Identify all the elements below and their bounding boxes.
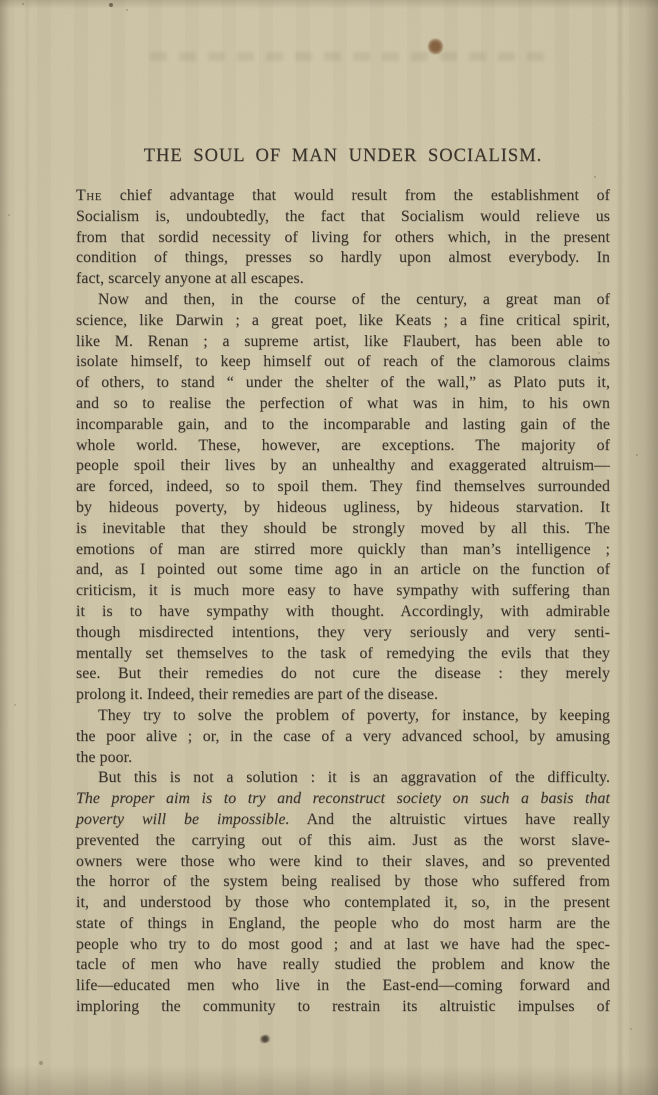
text-line: They try to solve the problem of poverty…	[76, 706, 610, 727]
text-segment: But this is not a solution : it is an ag…	[98, 769, 610, 786]
text-line: are forced, indeed, so to spoil them. Th…	[76, 477, 610, 498]
ink-smudge	[258, 1034, 272, 1045]
text-segment: from that sordid necessity of living for…	[76, 229, 610, 246]
text-segment: imploring the community to restrain its …	[76, 998, 610, 1015]
text-line: mentally set themselves to the task of r…	[76, 644, 610, 665]
text-segment: is inevitable that they should be strong…	[76, 520, 610, 537]
text-line: Now and then, in the course of the centu…	[76, 290, 610, 311]
text-line: The proper aim is to try and reconstruct…	[76, 789, 610, 810]
text-line: criticism, it is much more easy to have …	[76, 581, 610, 602]
text-line: Socialism is, undoubtedly, the fact that…	[76, 207, 610, 228]
text-segment: Socialism is, undoubtedly, the fact that…	[76, 208, 610, 225]
text-segment: Now and then, in the course of the centu…	[98, 291, 610, 308]
bleed-through-text	[150, 52, 550, 61]
text-segment: life—educated men who live in the East-e…	[76, 977, 610, 994]
text-segment: emotions of man are stirred more quickly…	[76, 541, 610, 558]
text-line: life—educated men who live in the East-e…	[76, 976, 610, 997]
text-segment: owners were those who were kind to their…	[76, 853, 610, 870]
text-segment: isolate himself, to keep himself out of …	[76, 353, 610, 370]
text-line: poverty will be impossible. And the altr…	[76, 810, 610, 831]
smallcaps-text: The	[76, 187, 102, 204]
text-line: tacle of men who have really studied the…	[76, 955, 610, 976]
text-line: incomparable gain, and to the incomparab…	[76, 415, 610, 436]
text-line: from that sordid necessity of living for…	[76, 228, 610, 249]
paper-crease	[616, 0, 624, 1095]
text-segment: mentally set themselves to the task of r…	[76, 645, 610, 662]
text-segment: whole world. These, however, are excepti…	[76, 437, 610, 454]
text-segment: criticism, it is much more easy to have …	[76, 582, 610, 599]
paper-speck	[0, 0, 2, 2]
text-line: like M. Renan ; a supreme artist, like F…	[76, 332, 610, 353]
text-segment: They try to solve the problem of poverty…	[98, 707, 610, 724]
text-segment: of others, to stand “ under the shelter …	[76, 374, 610, 391]
text-segment: people spoil their lives by an unhealthy…	[76, 457, 610, 474]
text-segment: by hideous poverty, by hideous ugliness,…	[76, 499, 610, 516]
text-segment: And the altruistic virtues have really	[290, 811, 610, 828]
paragraph: They try to solve the problem of poverty…	[76, 706, 610, 768]
text-segment: tacle of men who have really studied the…	[76, 956, 610, 973]
text-segment: condition of things, presses so hardly u…	[76, 249, 610, 266]
text-segment: science, like Darwin ; a great poet, lik…	[76, 312, 610, 329]
text-line: by hideous poverty, by hideous ugliness,…	[76, 498, 610, 519]
text-segment: like M. Renan ; a supreme artist, like F…	[76, 333, 610, 350]
text-line: it, and understood by those who contempl…	[76, 893, 610, 914]
text-line: people who try to do most good ; and at …	[76, 935, 610, 956]
text-line: people spoil their lives by an unhealthy…	[76, 456, 610, 477]
text-segment: the horror of the system being realised …	[76, 873, 610, 890]
text-segment: it, and understood by those who contempl…	[76, 894, 610, 911]
text-segment: the poor alive ; or, in the case of a ve…	[76, 728, 610, 745]
text-line: prolong it. Indeed, their remedies are p…	[76, 685, 610, 706]
text-line: the horror of the system being realised …	[76, 872, 610, 893]
text-line: imploring the community to restrain its …	[76, 997, 610, 1018]
text-line: owners were those who were kind to their…	[76, 852, 610, 873]
text-line: and, as I pointed out some time ago in a…	[76, 560, 610, 581]
text-line: though misdirected intentions, they very…	[76, 623, 610, 644]
text-line: isolate himself, to keep himself out of …	[76, 352, 610, 373]
scanned-page: THE SOUL OF MAN UNDER SOCIALISM. The chi…	[0, 0, 658, 1095]
text-segment: chief advantage that would result from t…	[102, 187, 610, 204]
page-text: The chief advantage that would result fr…	[76, 186, 610, 1018]
italic-text: poverty will be impossible.	[76, 811, 290, 828]
text-line: and so to realise the perfection of what…	[76, 394, 610, 415]
text-line: fact, scarcely anyone at all escapes.	[76, 269, 610, 290]
page-title: THE SOUL OF MAN UNDER SOCIALISM.	[76, 144, 610, 168]
text-line: prevented the carrying out of this aim. …	[76, 831, 610, 852]
text-line: the poor.	[76, 748, 610, 769]
paragraph: But this is not a solution : it is an ag…	[76, 768, 610, 1018]
text-segment: the poor.	[76, 749, 132, 766]
text-line: But this is not a solution : it is an ag…	[76, 768, 610, 789]
text-line: condition of things, presses so hardly u…	[76, 248, 610, 269]
text-segment: though misdirected intentions, they very…	[76, 624, 610, 641]
text-segment: and so to realise the perfection of what…	[76, 395, 610, 412]
text-segment: are forced, indeed, so to spoil them. Th…	[76, 478, 610, 495]
text-line: state of things in England, the people w…	[76, 914, 610, 935]
italic-text: The proper aim is to try and reconstruct…	[76, 790, 610, 807]
text-segment: prolong it. Indeed, their remedies are p…	[76, 686, 438, 703]
ink-stain	[428, 38, 443, 55]
text-line: emotions of man are stirred more quickly…	[76, 540, 610, 561]
text-line: the poor alive ; or, in the case of a ve…	[76, 727, 610, 748]
text-segment: it is to have sympathy with thought. Acc…	[76, 603, 610, 620]
text-line: it is to have sympathy with thought. Acc…	[76, 602, 610, 623]
text-segment: see. But their remedies do not cure the …	[76, 665, 610, 682]
text-segment: incomparable gain, and to the incomparab…	[76, 416, 610, 433]
text-segment: prevented the carrying out of this aim. …	[76, 832, 610, 849]
text-segment: state of things in England, the people w…	[76, 915, 610, 932]
text-line: The chief advantage that would result fr…	[76, 186, 610, 207]
text-line: of others, to stand “ under the shelter …	[76, 373, 610, 394]
text-segment: people who try to do most good ; and at …	[76, 936, 610, 953]
text-line: see. But their remedies do not cure the …	[76, 664, 610, 685]
text-line: whole world. These, however, are excepti…	[76, 436, 610, 457]
text-line: is inevitable that they should be strong…	[76, 519, 610, 540]
text-segment: and, as I pointed out some time ago in a…	[76, 561, 610, 578]
paper-crease	[24, 0, 30, 1095]
paragraph: Now and then, in the course of the centu…	[76, 290, 610, 706]
paragraph: The chief advantage that would result fr…	[76, 186, 610, 290]
text-segment: fact, scarcely anyone at all escapes.	[76, 270, 304, 287]
text-line: science, like Darwin ; a great poet, lik…	[76, 311, 610, 332]
